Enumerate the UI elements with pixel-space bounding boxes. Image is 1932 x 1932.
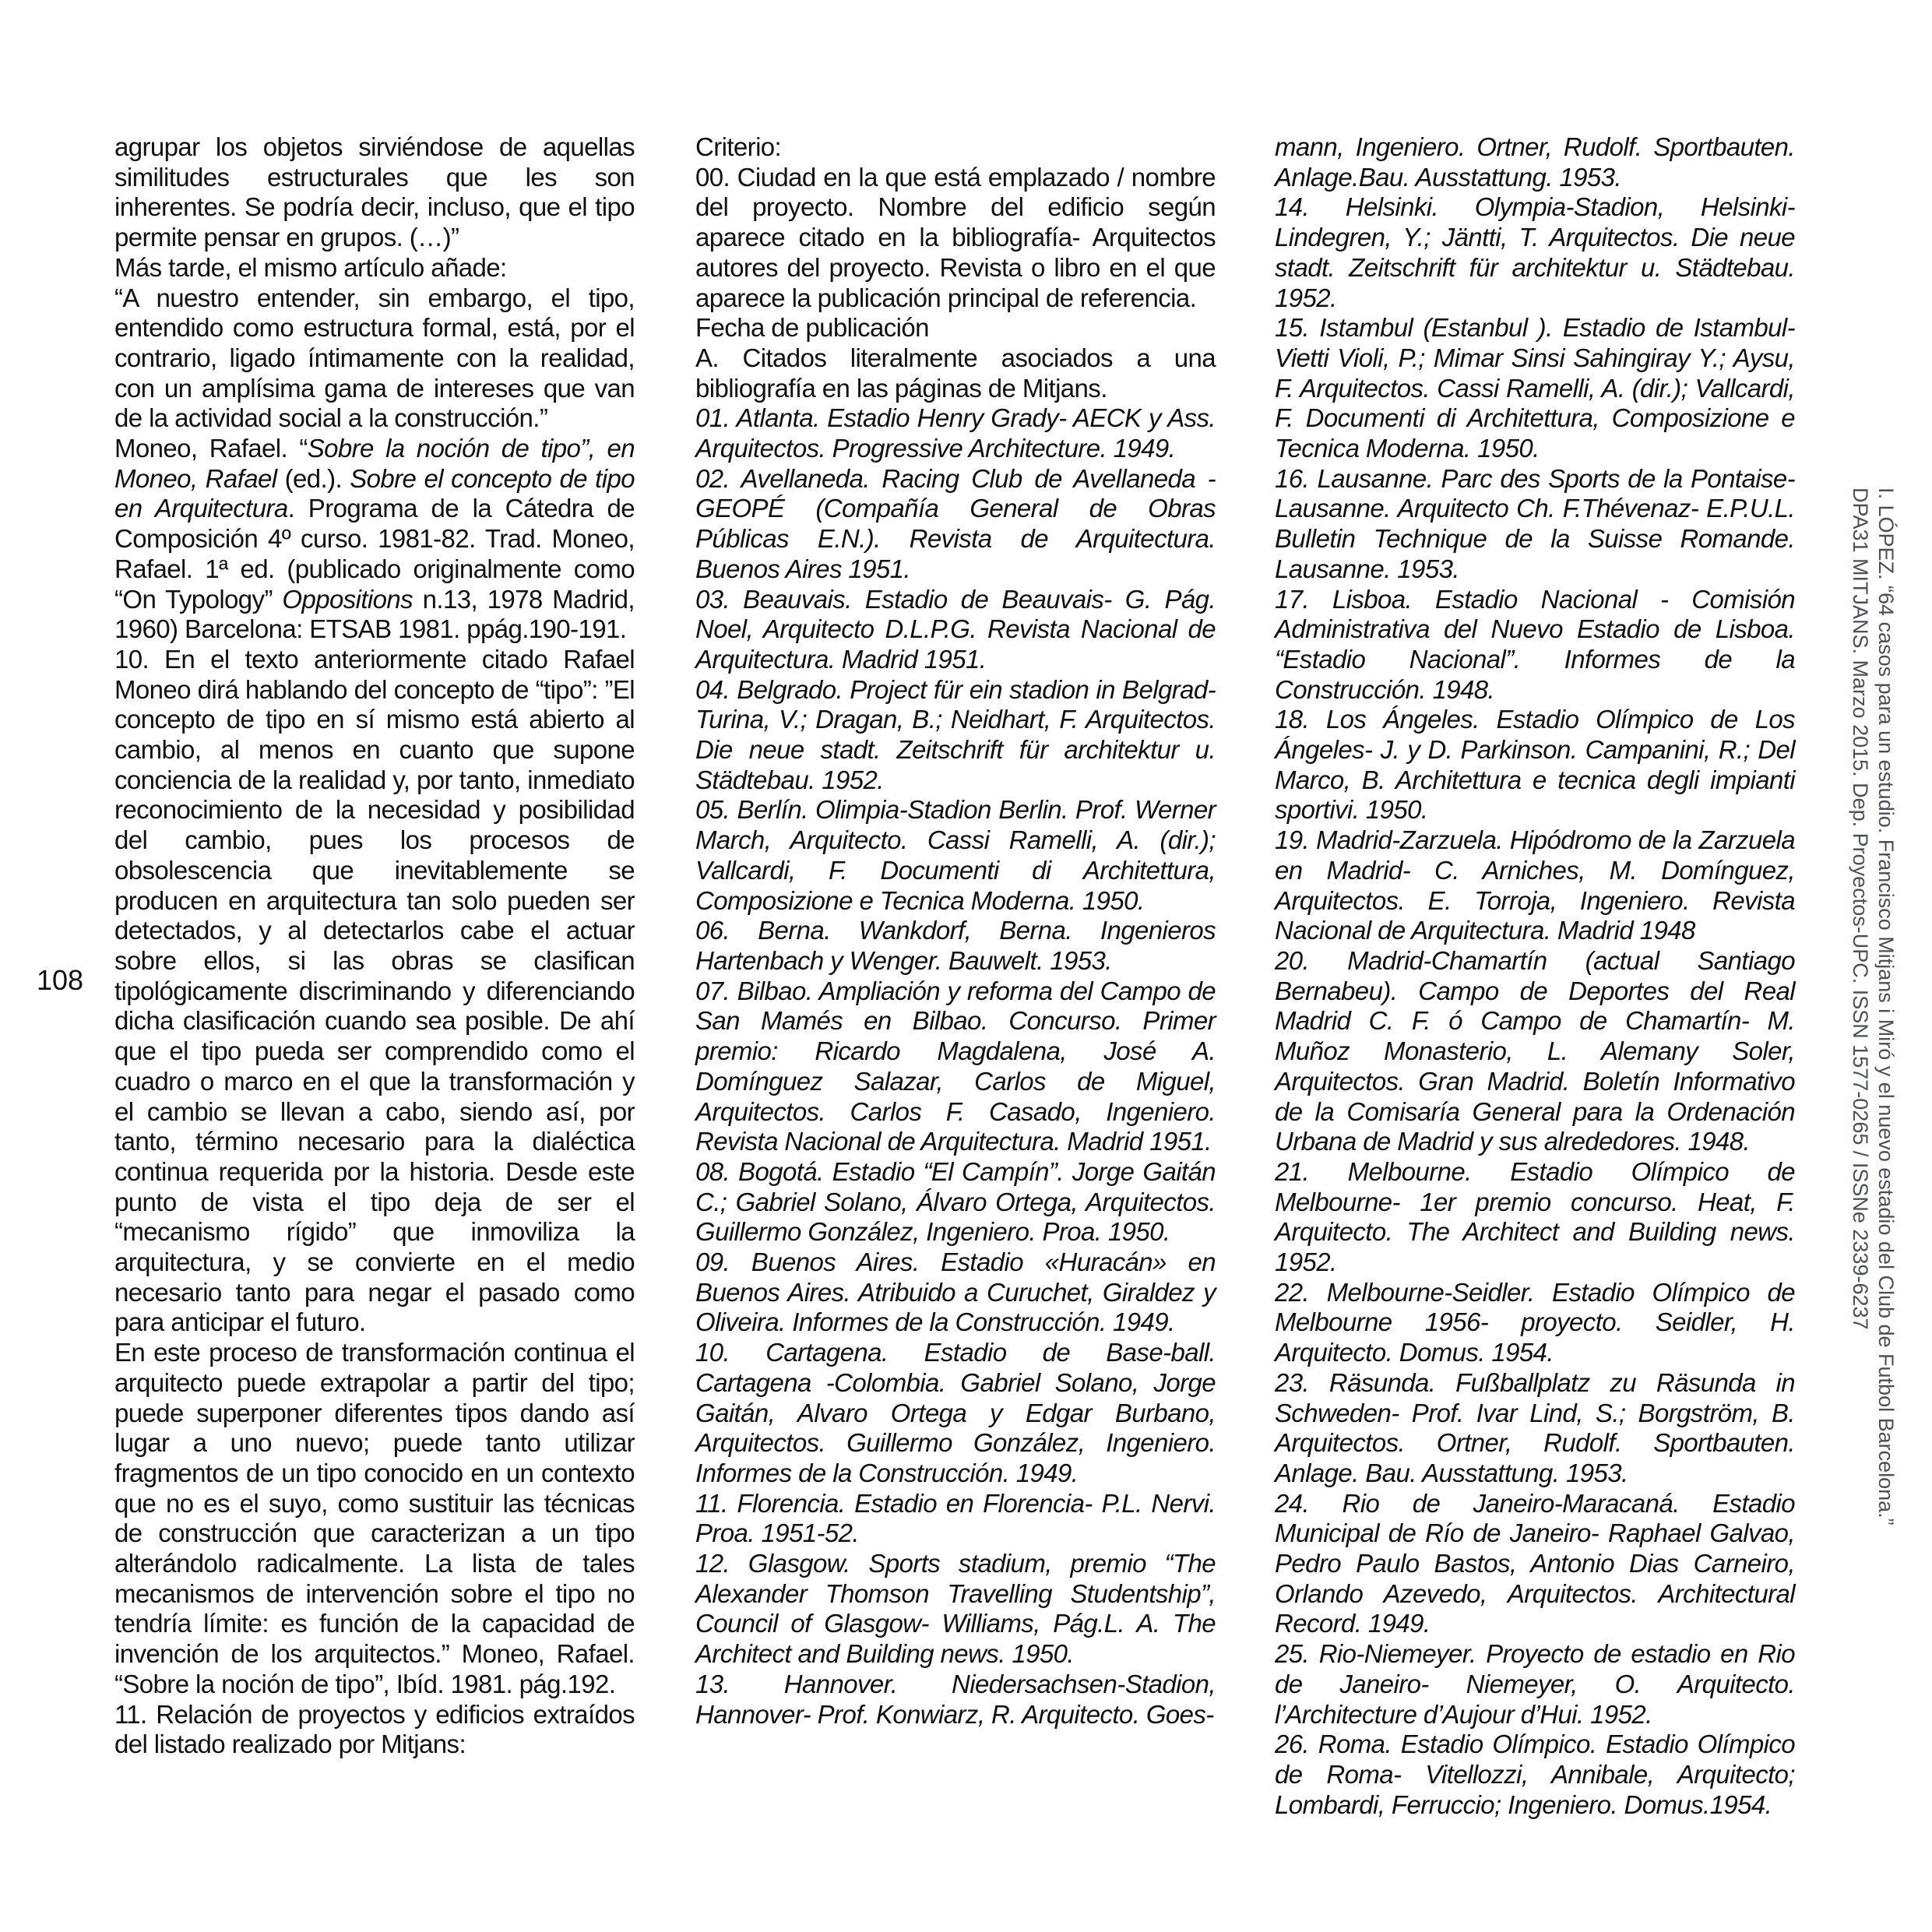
ref-text: Moneo, Rafael. “ [114, 434, 308, 463]
list-item: 05. Berlín. Olimpia-Stadion Berlin. Prof… [695, 795, 1216, 916]
list-item: 20. Madrid-Chamartín (actual Santiago Be… [1275, 946, 1795, 1157]
running-header-line-2: DPA31 MITJANS. Marzo 2015. Dep. Proyecto… [1847, 487, 1873, 1469]
list-item: mann, Ingeniero. Ortner, Rudolf. Sportba… [1275, 132, 1795, 192]
list-item: 21. Melbourne. Estadio Olímpico de Melbo… [1275, 1157, 1795, 1278]
list-item: 26. Roma. Estadio Olímpico. Estadio Olím… [1275, 1730, 1795, 1820]
list-item: 12. Glasgow. Sports stadium, premio “The… [695, 1549, 1216, 1670]
list-item: 22. Melbourne-Seidler. Estadio Olímpico … [1275, 1278, 1795, 1368]
right-column: mann, Ingeniero. Ortner, Rudolf. Sportba… [1275, 132, 1795, 1820]
ref-text: (ed.). [276, 464, 350, 493]
left-column: agrupar los objetos sirviéndose de aquel… [114, 132, 635, 1760]
list-item: 09. Buenos Aires. Estadio «Huracán» en B… [695, 1248, 1216, 1338]
list-item: 07. Bilbao. Ampliación y reforma del Cam… [695, 977, 1216, 1157]
list-item: 03. Beauvais. Estadio de Beauvais- G. Pá… [695, 585, 1216, 675]
criterio-date: Fecha de publicación [695, 313, 1216, 343]
list-item: 13. Hannover. Niedersachsen-Stadion, Han… [695, 1670, 1216, 1730]
list-item: 10. Cartagena. Estadio de Base-ball. Car… [695, 1338, 1216, 1489]
middle-column: Criterio: 00. Ciudad en la que está empl… [695, 132, 1216, 1730]
list-item: 02. Avellaneda. Racing Club de Avellaned… [695, 464, 1216, 585]
criterio-description: 00. Ciudad en la que está emplazado / no… [695, 163, 1216, 314]
list-item: 11. Florencia. Estadio en Florencia- P.L… [695, 1489, 1216, 1549]
list-item: 24. Rio de Janeiro-Maracaná. Estadio Mun… [1275, 1489, 1795, 1640]
list-item: 23. Räsunda. Fußballplatz zu Räsunda in … [1275, 1368, 1795, 1489]
list-item: 17. Lisboa. Estadio Nacional - Comisión … [1275, 585, 1795, 706]
list-item: 14. Helsinki. Olympia-Stadion, Helsinki-… [1275, 192, 1795, 313]
list-item: 25. Rio-Niemeyer. Proyecto de estadio en… [1275, 1639, 1795, 1730]
footnote-9-reference: Moneo, Rafael. “Sobre la noción de tipo”… [114, 434, 635, 645]
page-number: 108 [37, 964, 83, 997]
list-item: 15. Istambul (Estanbul ). Estadio de Ist… [1275, 313, 1795, 464]
running-header-line-1: I. LÓPEZ. “64 casos para un estudio. Fra… [1873, 487, 1899, 1469]
list-item: 06. Berna. Wankdorf, Berna. Ingenieros H… [695, 916, 1216, 976]
paragraph: Más tarde, el mismo artículo añade: [114, 253, 635, 283]
list-item: 01. Atlanta. Estadio Henry Grady- AECK y… [695, 403, 1216, 463]
quote-paragraph: “A nuestro entender, sin embargo, el tip… [114, 283, 635, 435]
list-item: 08. Bogotá. Estadio “El Campín”. Jorge G… [695, 1157, 1216, 1248]
list-item: 16. Lausanne. Parc des Sports de la Pont… [1275, 464, 1795, 585]
section-a-heading: A. Citados literalmente asociados a una … [695, 343, 1216, 403]
ref-italic: Oppositions [282, 585, 413, 614]
running-header-vertical: I. LÓPEZ. “64 casos para un estudio. Fra… [1847, 487, 1899, 1469]
list-item: 04. Belgrado. Project für ein stadion in… [695, 675, 1216, 796]
criterio-label: Criterio: [695, 132, 1216, 163]
document-page: 108 agrupar los objetos sirviéndose de a… [0, 0, 1932, 1932]
footnote-11: 11. Relación de proyectos y edificios ex… [114, 1700, 635, 1760]
paragraph: agrupar los objetos sirviéndose de aquel… [114, 132, 635, 253]
paragraph: En este proceso de transformación contin… [114, 1338, 635, 1699]
footnote-10: 10. En el texto anteriormente citado Raf… [114, 645, 635, 1338]
list-item: 19. Madrid-Zarzuela. Hipódromo de la Zar… [1275, 825, 1795, 946]
list-item: 18. Los Ángeles. Estadio Olímpico de Los… [1275, 705, 1795, 825]
